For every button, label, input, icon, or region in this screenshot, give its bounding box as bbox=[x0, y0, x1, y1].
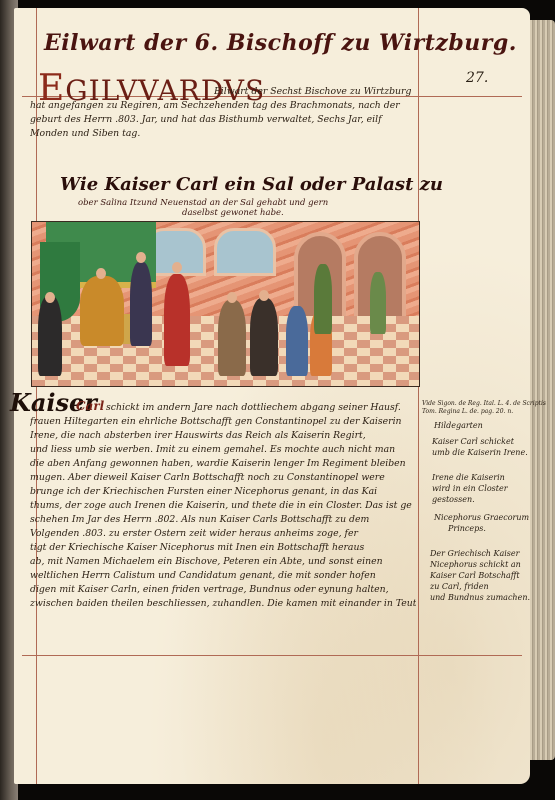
illustration-caption-line: daselbst gewonet habe. bbox=[182, 208, 284, 218]
note-line: gestossen. bbox=[432, 494, 508, 505]
figure-head bbox=[227, 292, 237, 303]
guard-figure bbox=[370, 272, 386, 334]
margin-note-nicephorus: Nicephorus Graecorum Princeps. bbox=[434, 512, 529, 534]
note-line: wird in ein Closter bbox=[432, 483, 508, 494]
intro-line: hat angefangen zu Regiren, am Sechzehend… bbox=[30, 100, 414, 112]
figure-head bbox=[172, 262, 182, 273]
note-line: zu Carl, friden bbox=[430, 581, 530, 592]
note-line: Hildegarten bbox=[434, 420, 483, 431]
margin-note-hildegarten: Hildegarten bbox=[434, 420, 483, 431]
body-line: zwischen baiden theilen beschliessen, zu… bbox=[30, 598, 416, 610]
figure-head bbox=[45, 292, 55, 303]
intro-line: Eilwart der Sechst Bischove zu Wirtzburg bbox=[214, 86, 414, 98]
body-line: weltlichen Herrn Calistum und Candidatum… bbox=[30, 570, 416, 582]
note-line: Nicephorus Graecorum bbox=[434, 512, 529, 523]
page-number: 27. bbox=[466, 70, 488, 86]
note-line: und Bundnus zumachen. bbox=[430, 592, 530, 603]
note-line: Kaiser Carl Botschafft bbox=[430, 570, 530, 581]
emperor-figure bbox=[80, 276, 124, 346]
body-line: Irene, die nach absterben irer Hauswirts… bbox=[30, 430, 416, 442]
courtier-figure bbox=[130, 262, 152, 346]
body-line: frauen Hiltegarten ein ehrliche Bottscha… bbox=[30, 416, 416, 428]
intro-line: Monden und Siben tag. bbox=[30, 128, 414, 140]
margin-note-kaiser-carl: Kaiser Carl schicket umb die Kaiserin Ir… bbox=[432, 436, 528, 458]
body-line: digen mit Kaiser Carln, einen friden ver… bbox=[30, 584, 416, 596]
body-line: und liess umb sie werben. Imit zu einem … bbox=[30, 444, 416, 456]
bottom-text-rule bbox=[22, 655, 522, 656]
body-line: brunge ich der Kriechischen Fursten eine… bbox=[30, 486, 416, 498]
margin-note-griechisch-kaiser: Der Griechisch Kaiser Nicephorus schickt… bbox=[430, 548, 530, 603]
envoy-figure bbox=[218, 300, 246, 376]
body-line: schehen Im Jar des Herrn .802. Als nun K… bbox=[30, 514, 416, 526]
note-line: Der Griechisch Kaiser bbox=[430, 548, 530, 559]
body-heading-next: Carl bbox=[76, 400, 104, 412]
envoy-figure bbox=[286, 306, 308, 376]
note-line: Princeps. bbox=[434, 523, 529, 534]
note-line: Kaiser Carl schicket bbox=[432, 436, 528, 447]
chapter-title: Eilwart der 6. Bischoff zu Wirtzburg. bbox=[44, 30, 517, 56]
palace-illustration bbox=[31, 221, 420, 387]
guard-figure bbox=[314, 264, 332, 334]
figure-head bbox=[96, 268, 106, 279]
figure-head bbox=[259, 290, 269, 301]
note-line: umb die Kaiserin Irene. bbox=[432, 447, 528, 458]
body-line: ab, mit Namen Michaelem ein Bischove, Pe… bbox=[30, 556, 416, 568]
manuscript-page: Eilwart der 6. Bischoff zu Wirtzburg. 27… bbox=[14, 8, 530, 784]
envoy-figure bbox=[250, 298, 278, 376]
illustration-caption-line: ober Salina Itzund Neuenstad an der Sal … bbox=[78, 198, 328, 208]
note-line: Vide Sigon. de Reg. Ital. L. 4. de Scrip… bbox=[422, 400, 546, 408]
book-page-edges bbox=[528, 20, 555, 760]
margin-note-reference: Vide Sigon. de Reg. Ital. L. 4. de Scrip… bbox=[422, 400, 546, 416]
right-margin-rule bbox=[418, 8, 419, 784]
intro-line: geburt des Herrn .803. Jar, und hat das … bbox=[30, 114, 414, 126]
note-line: Irene die Kaiserin bbox=[432, 472, 508, 483]
courtier-figure bbox=[38, 296, 62, 376]
body-line: mugen. Aber dieweil Kaiser Carln Bottsch… bbox=[30, 472, 416, 484]
palace-window bbox=[214, 228, 276, 276]
note-line: Nicephorus schickt an bbox=[430, 559, 530, 570]
margin-note-irene: Irene die Kaiserin wird in ein Closter g… bbox=[432, 472, 508, 505]
body-line: tigt der Kriechische Kaiser Nicephorus m… bbox=[30, 542, 416, 554]
figure-head bbox=[136, 252, 146, 263]
body-line: schickt im andern Jare nach dottliechem … bbox=[106, 402, 416, 414]
body-line: thums, der zoge auch Irenen die Kaiserin… bbox=[30, 500, 416, 512]
body-line: die aben Anfang gewonnen haben, wardie K… bbox=[30, 458, 416, 470]
illustration-title: Wie Kaiser Carl ein Sal oder Palast zu bbox=[60, 174, 443, 195]
note-line: Tom. Regina L. de. pag. 20. n. bbox=[422, 408, 546, 416]
body-line: Volgenden .803. zu erster Ostern zeit wi… bbox=[30, 528, 416, 540]
herald-figure bbox=[164, 274, 190, 366]
